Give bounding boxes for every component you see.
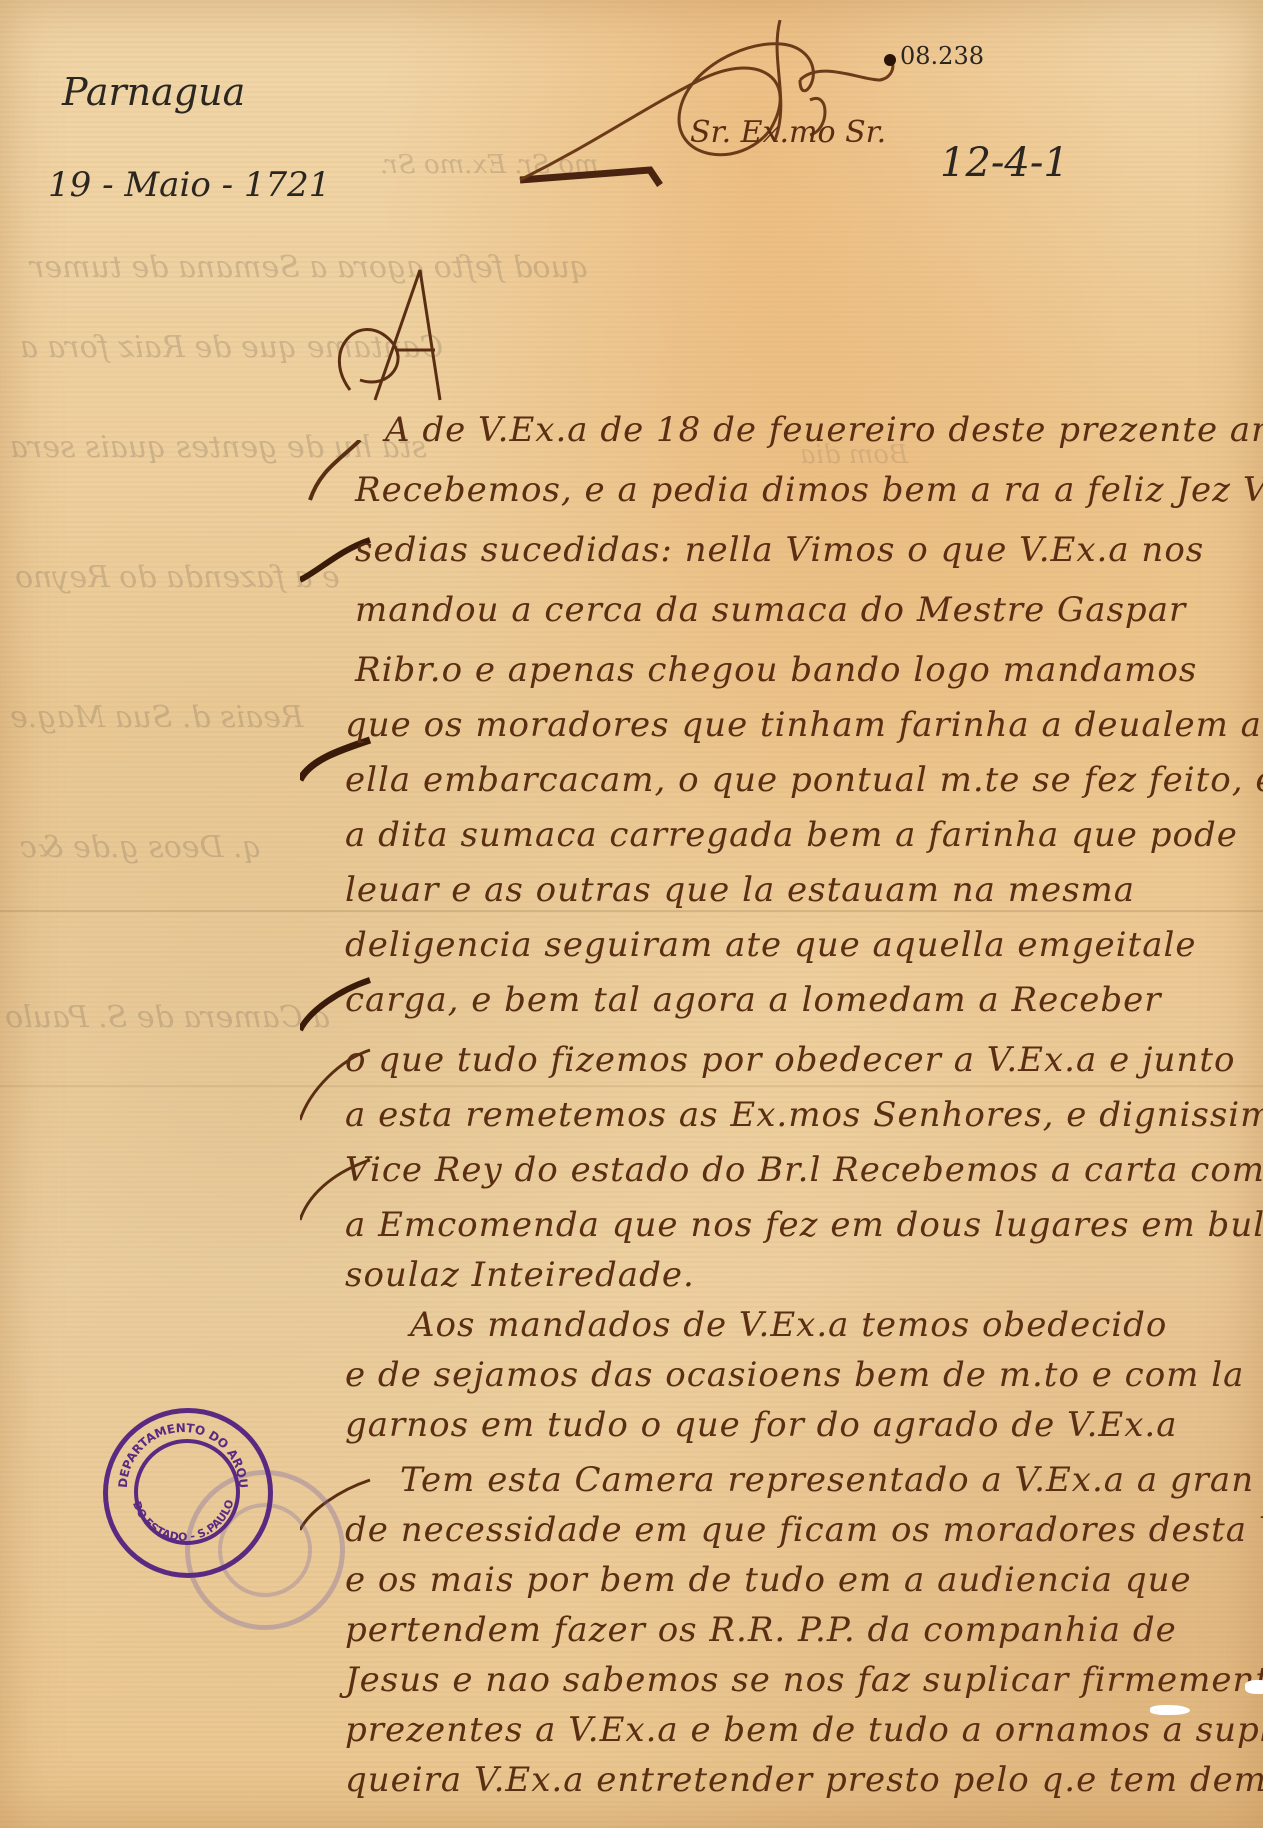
place-annotation: Parnagua bbox=[62, 70, 245, 114]
paper-fold bbox=[0, 1085, 1263, 1087]
bleed-through-text: quod fefto agora a Semana de tumer bbox=[30, 250, 589, 285]
stamp-text-ring-icon: DEPARTAMENTO DO ARQUIVO DO ESTADO - S.PA… bbox=[103, 1408, 263, 1568]
body-line: a esta remetemos as Ex.mos Senhores, e d… bbox=[345, 1095, 1263, 1135]
body-line: mandou a cerca da sumaca do Mestre Gaspa… bbox=[355, 590, 1186, 630]
bleed-through-text: Reais d. Sua Mag.e bbox=[10, 700, 303, 735]
body-line: que os moradores que tinham farinha a de… bbox=[345, 705, 1263, 745]
body-line: Recebemos, e a pedia dimos bem a ra a fe… bbox=[355, 470, 1263, 510]
shelf-mark: 12-4-1 bbox=[940, 140, 1069, 186]
body-line: Ribr.o e apenas chegou bando logo mandam… bbox=[355, 650, 1197, 690]
body-line: e de sejamos das ocasioens bem de m.to e… bbox=[345, 1355, 1244, 1395]
date-annotation: 19 - Maio - 1721 bbox=[48, 165, 330, 205]
body-line: carga, e bem tal agora a lomedam a Receb… bbox=[345, 980, 1162, 1020]
body-line: prezentes a V.Ex.a e bem de tudo a ornam… bbox=[345, 1710, 1263, 1750]
archive-stamp: DEPARTAMENTO DO ARQUIVO DO ESTADO - S.PA… bbox=[103, 1408, 273, 1578]
bleed-through-text: a Camera de S. Paulo bbox=[5, 1000, 330, 1035]
body-line: soulaz Inteiredade. bbox=[345, 1255, 695, 1295]
bleed-through-text: e a fazenda do Reyno bbox=[15, 560, 340, 595]
body-line: de necessidade em que ficam os moradores… bbox=[345, 1510, 1263, 1550]
body-line: Vice Rey do estado do Br.l Recebemos a c… bbox=[345, 1150, 1263, 1190]
body-line: garnos em tudo o que for do agrado de V.… bbox=[345, 1405, 1178, 1445]
body-line: pertendem fazer os R.R. P.P. da companhi… bbox=[345, 1610, 1177, 1650]
body-line: e os mais por bem de tudo em a audiencia… bbox=[345, 1560, 1192, 1600]
body-line: sedias sucedidas: nella Vimos o que V.Ex… bbox=[355, 530, 1204, 570]
body-line: Jesus e nao sabemos se nos faz suplicar … bbox=[345, 1660, 1263, 1700]
salutation-text: Sr. Ex.mo Sr. bbox=[690, 115, 886, 150]
svg-text:DEPARTAMENTO DO ARQUIVO: DEPARTAMENTO DO ARQUIVO bbox=[103, 1408, 250, 1489]
manuscript-page: quod fefto agora a Semana de tumer Canta… bbox=[0, 0, 1263, 1828]
body-line: a Emcomenda que nos fez em dous lugares … bbox=[345, 1205, 1263, 1245]
paper-tear bbox=[1150, 1705, 1190, 1715]
body-line: o que tudo fizemos por obedecer a V.Ex.a… bbox=[345, 1040, 1235, 1080]
paper-tear bbox=[1245, 1680, 1263, 1694]
body-line: A de V.Ex.a de 18 de feuereiro deste pre… bbox=[385, 410, 1263, 450]
body-line: Aos mandados de V.Ex.a temos obedecido bbox=[410, 1305, 1167, 1345]
body-line: queira V.Ex.a entretender presto pelo q.… bbox=[345, 1760, 1263, 1800]
body-line: leuar e as outras que la estauam na mesm… bbox=[345, 870, 1135, 910]
body-line: Tem esta Camera representado a V.Ex.a a … bbox=[400, 1460, 1254, 1500]
body-line: a dita sumaca carregada bem a farinha qu… bbox=[345, 815, 1238, 855]
paper-fold bbox=[0, 910, 1263, 912]
stamp-text-top: DEPARTAMENTO DO ARQUIVO bbox=[103, 1408, 250, 1489]
body-line: ella embarcacam, o que pontual m.te se f… bbox=[345, 760, 1263, 800]
bleed-through-text: q. Deos g.de &c bbox=[20, 830, 262, 865]
body-line: deligencia seguiram ate que aquella emge… bbox=[345, 925, 1196, 965]
